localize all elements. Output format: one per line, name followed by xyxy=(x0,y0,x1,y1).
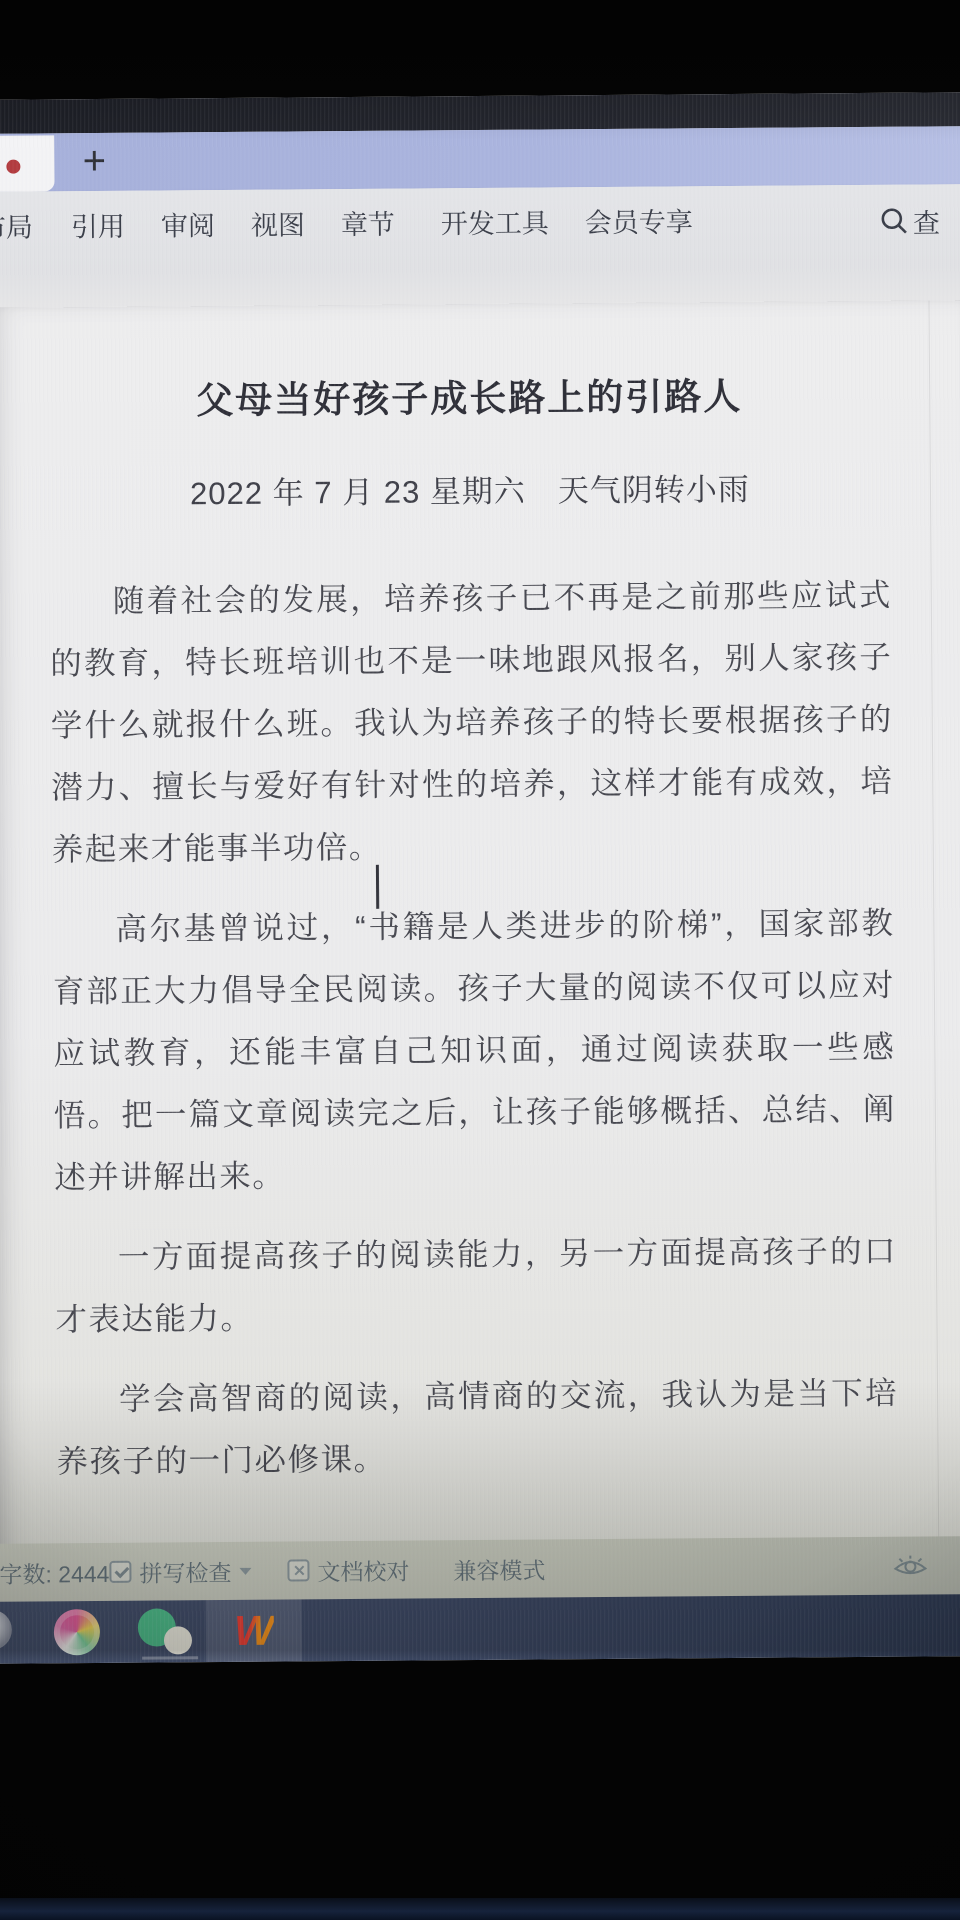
compatibility-mode-label: 兼容模式 xyxy=(453,1552,545,1586)
page-edge-line xyxy=(928,300,939,1632)
paragraph-1: 随着社会的发展，培养孩子已不再是之前那些应试式的教育，特长班培训也不是一味地跟风… xyxy=(50,564,894,881)
messenger-icon[interactable] xyxy=(138,1608,194,1656)
document-canvas: 父母当好孩子成长路上的引路人 2022 年 7 月 23 星期六 天气阴转小雨 … xyxy=(0,300,960,1640)
compatibility-mode: 兼容模式 xyxy=(453,1540,545,1599)
document-title: 父母当好孩子成长路上的引路人 xyxy=(48,365,890,426)
monitor-bottom-edge xyxy=(0,1898,960,1920)
menu-item-layout[interactable]: 布局 xyxy=(0,205,33,249)
spell-check-toggle[interactable]: 拼写检查 xyxy=(109,1542,251,1601)
text-cursor xyxy=(376,865,379,909)
screen-photo: + 布局 引用 审阅 视图 章节 开发工具 会员专享 查 父母当好孩子成 xyxy=(0,0,960,1920)
menu-item-sections[interactable]: 章节 xyxy=(341,203,395,247)
spell-check-label: 拼写检查 xyxy=(139,1554,231,1588)
paragraph-3: 一方面提高孩子的阅读能力，另一方面提高孩子的口才表达能力。 xyxy=(55,1220,898,1351)
messenger-bubble-small xyxy=(164,1626,192,1654)
wps-icon: W xyxy=(234,1607,274,1655)
menu-item-view[interactable]: 视图 xyxy=(251,203,305,247)
word-count[interactable]: 字数: 2444 xyxy=(0,1543,110,1602)
eye-protection-button[interactable] xyxy=(891,1536,929,1594)
ribbon-menu-bar: 布局 引用 审阅 视图 章节 开发工具 会员专享 查 xyxy=(0,184,960,308)
active-document-tab[interactable] xyxy=(0,135,55,192)
eye-icon xyxy=(891,1551,929,1579)
browser-swirl-icon[interactable] xyxy=(54,1609,100,1655)
ribbon-search[interactable]: 查 xyxy=(879,198,940,242)
word-count-label: 字数: 2444 xyxy=(0,1555,110,1589)
menu-item-membership[interactable]: 会员专享 xyxy=(585,200,693,245)
document-tab-bar: + xyxy=(0,126,960,192)
document-page[interactable]: 父母当好孩子成长路上的引路人 2022 年 7 月 23 星期六 天气阴转小雨 … xyxy=(48,301,899,1511)
spell-check-dropdown-icon xyxy=(239,1567,251,1574)
app-window: + 布局 引用 审阅 视图 章节 开发工具 会员专享 查 父母当好孩子成 xyxy=(0,92,960,1664)
status-bar: 字数: 2444 拼写检查 文档校对 兼容模式 xyxy=(0,1536,960,1602)
active-app-underline xyxy=(142,1656,198,1659)
taskbar: W xyxy=(0,1594,960,1664)
proofread-toggle[interactable]: 文档校对 xyxy=(287,1541,409,1600)
document-dateline: 2022 年 7 月 23 星期六 天气阴转小雨 xyxy=(49,463,891,515)
partial-app-icon[interactable] xyxy=(0,1610,12,1650)
paragraph-2: 高尔基曾说过，“书籍是人类进步的阶梯”，国家部教育部正大力倡导全民阅读。孩子大量… xyxy=(52,892,896,1209)
menu-item-devtools[interactable]: 开发工具 xyxy=(441,201,549,246)
proofread-checkbox-icon xyxy=(287,1559,309,1581)
search-icon xyxy=(879,206,909,236)
document-body: 随着社会的发展，培养孩子已不再是之前那些应试式的教育，特长班培训也不是一味地跟风… xyxy=(50,564,899,1493)
menu-item-references[interactable]: 引用 xyxy=(71,205,125,249)
wps-taskbar-button[interactable]: W xyxy=(206,1599,302,1662)
unsaved-dot-icon[interactable] xyxy=(6,160,20,174)
search-label: 查 xyxy=(913,201,940,240)
new-tab-button[interactable]: + xyxy=(72,135,116,187)
proofread-label: 文档校对 xyxy=(317,1553,409,1587)
spell-check-checkbox-icon xyxy=(109,1561,131,1583)
menu-item-review[interactable]: 审阅 xyxy=(161,204,215,248)
paragraph-4: 学会高智商的阅读，高情商的交流，我认为是当下培养孩子的一门必修课。 xyxy=(56,1362,899,1493)
